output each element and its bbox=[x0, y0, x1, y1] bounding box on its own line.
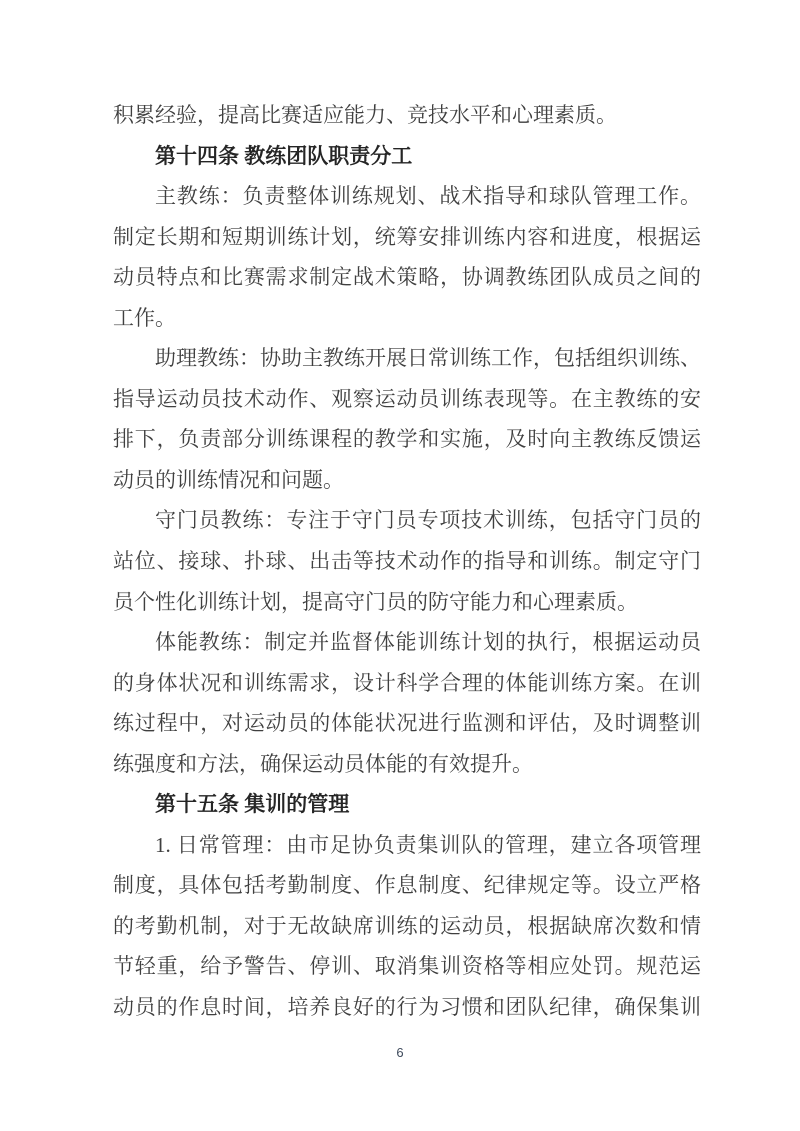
section-heading: 第十五条 集训的管理 bbox=[113, 784, 701, 825]
text-line: 守门员教练：专注于守门员专项技术训练，包括守门员的 bbox=[113, 500, 701, 541]
text-line: 练过程中，对运动员的体能状况进行监测和评估，及时调整训 bbox=[113, 703, 701, 744]
text-line: 练强度和方法，确保运动员体能的有效提升。 bbox=[113, 744, 701, 785]
text-line: 助理教练：协助主教练开展日常训练工作，包括组织训练、 bbox=[113, 338, 701, 379]
text-line: 排下，负责部分训练课程的教学和实施，及时向主教练反馈运 bbox=[113, 419, 701, 460]
text-line: 积累经验，提高比赛适应能力、竞技水平和心理素质。 bbox=[113, 95, 701, 136]
text-line: 的身体状况和训练需求，设计科学合理的体能训练方案。在训 bbox=[113, 663, 701, 704]
text-line: 制定长期和短期训练计划，统筹安排训练内容和进度，根据运 bbox=[113, 217, 701, 258]
text-line: 动员特点和比赛需求制定战术策略，协调教练团队成员之间的 bbox=[113, 257, 701, 298]
document-page: 积累经验，提高比赛适应能力、竞技水平和心理素质。 第十四条 教练团队职责分工 主… bbox=[0, 0, 800, 1131]
text-line: 动员的训练情况和问题。 bbox=[113, 460, 701, 501]
text-line: 节轻重，给予警告、停训、取消集训资格等相应处罚。规范运 bbox=[113, 946, 701, 987]
document-body: 积累经验，提高比赛适应能力、竞技水平和心理素质。 第十四条 教练团队职责分工 主… bbox=[113, 95, 701, 1028]
text-line: 制度，具体包括考勤制度、作息制度、纪律规定等。设立严格 bbox=[113, 865, 701, 906]
text-line: 工作。 bbox=[113, 298, 701, 339]
text-line: 的考勤机制，对于无故缺席训练的运动员，根据缺席次数和情 bbox=[113, 906, 701, 947]
text-line: 指导运动员技术动作、观察运动员训练表现等。在主教练的安 bbox=[113, 379, 701, 420]
text-line: 主教练：负责整体训练规划、战术指导和球队管理工作。 bbox=[113, 176, 701, 217]
text-line: 体能教练：制定并监督体能训练计划的执行，根据运动员 bbox=[113, 622, 701, 663]
text-line: 动员的作息时间，培养良好的行为习惯和团队纪律，确保集训 bbox=[113, 987, 701, 1028]
page-number: 6 bbox=[396, 1045, 403, 1060]
text-line: 站位、接球、扑球、出击等技术动作的指导和训练。制定守门 bbox=[113, 541, 701, 582]
text-line: 员个性化训练计划，提高守门员的防守能力和心理素质。 bbox=[113, 582, 701, 623]
page-footer: 6 bbox=[0, 1044, 800, 1062]
text-line: 1. 日常管理：由市足协负责集训队的管理，建立各项管理 bbox=[113, 825, 701, 866]
section-heading: 第十四条 教练团队职责分工 bbox=[113, 136, 701, 177]
